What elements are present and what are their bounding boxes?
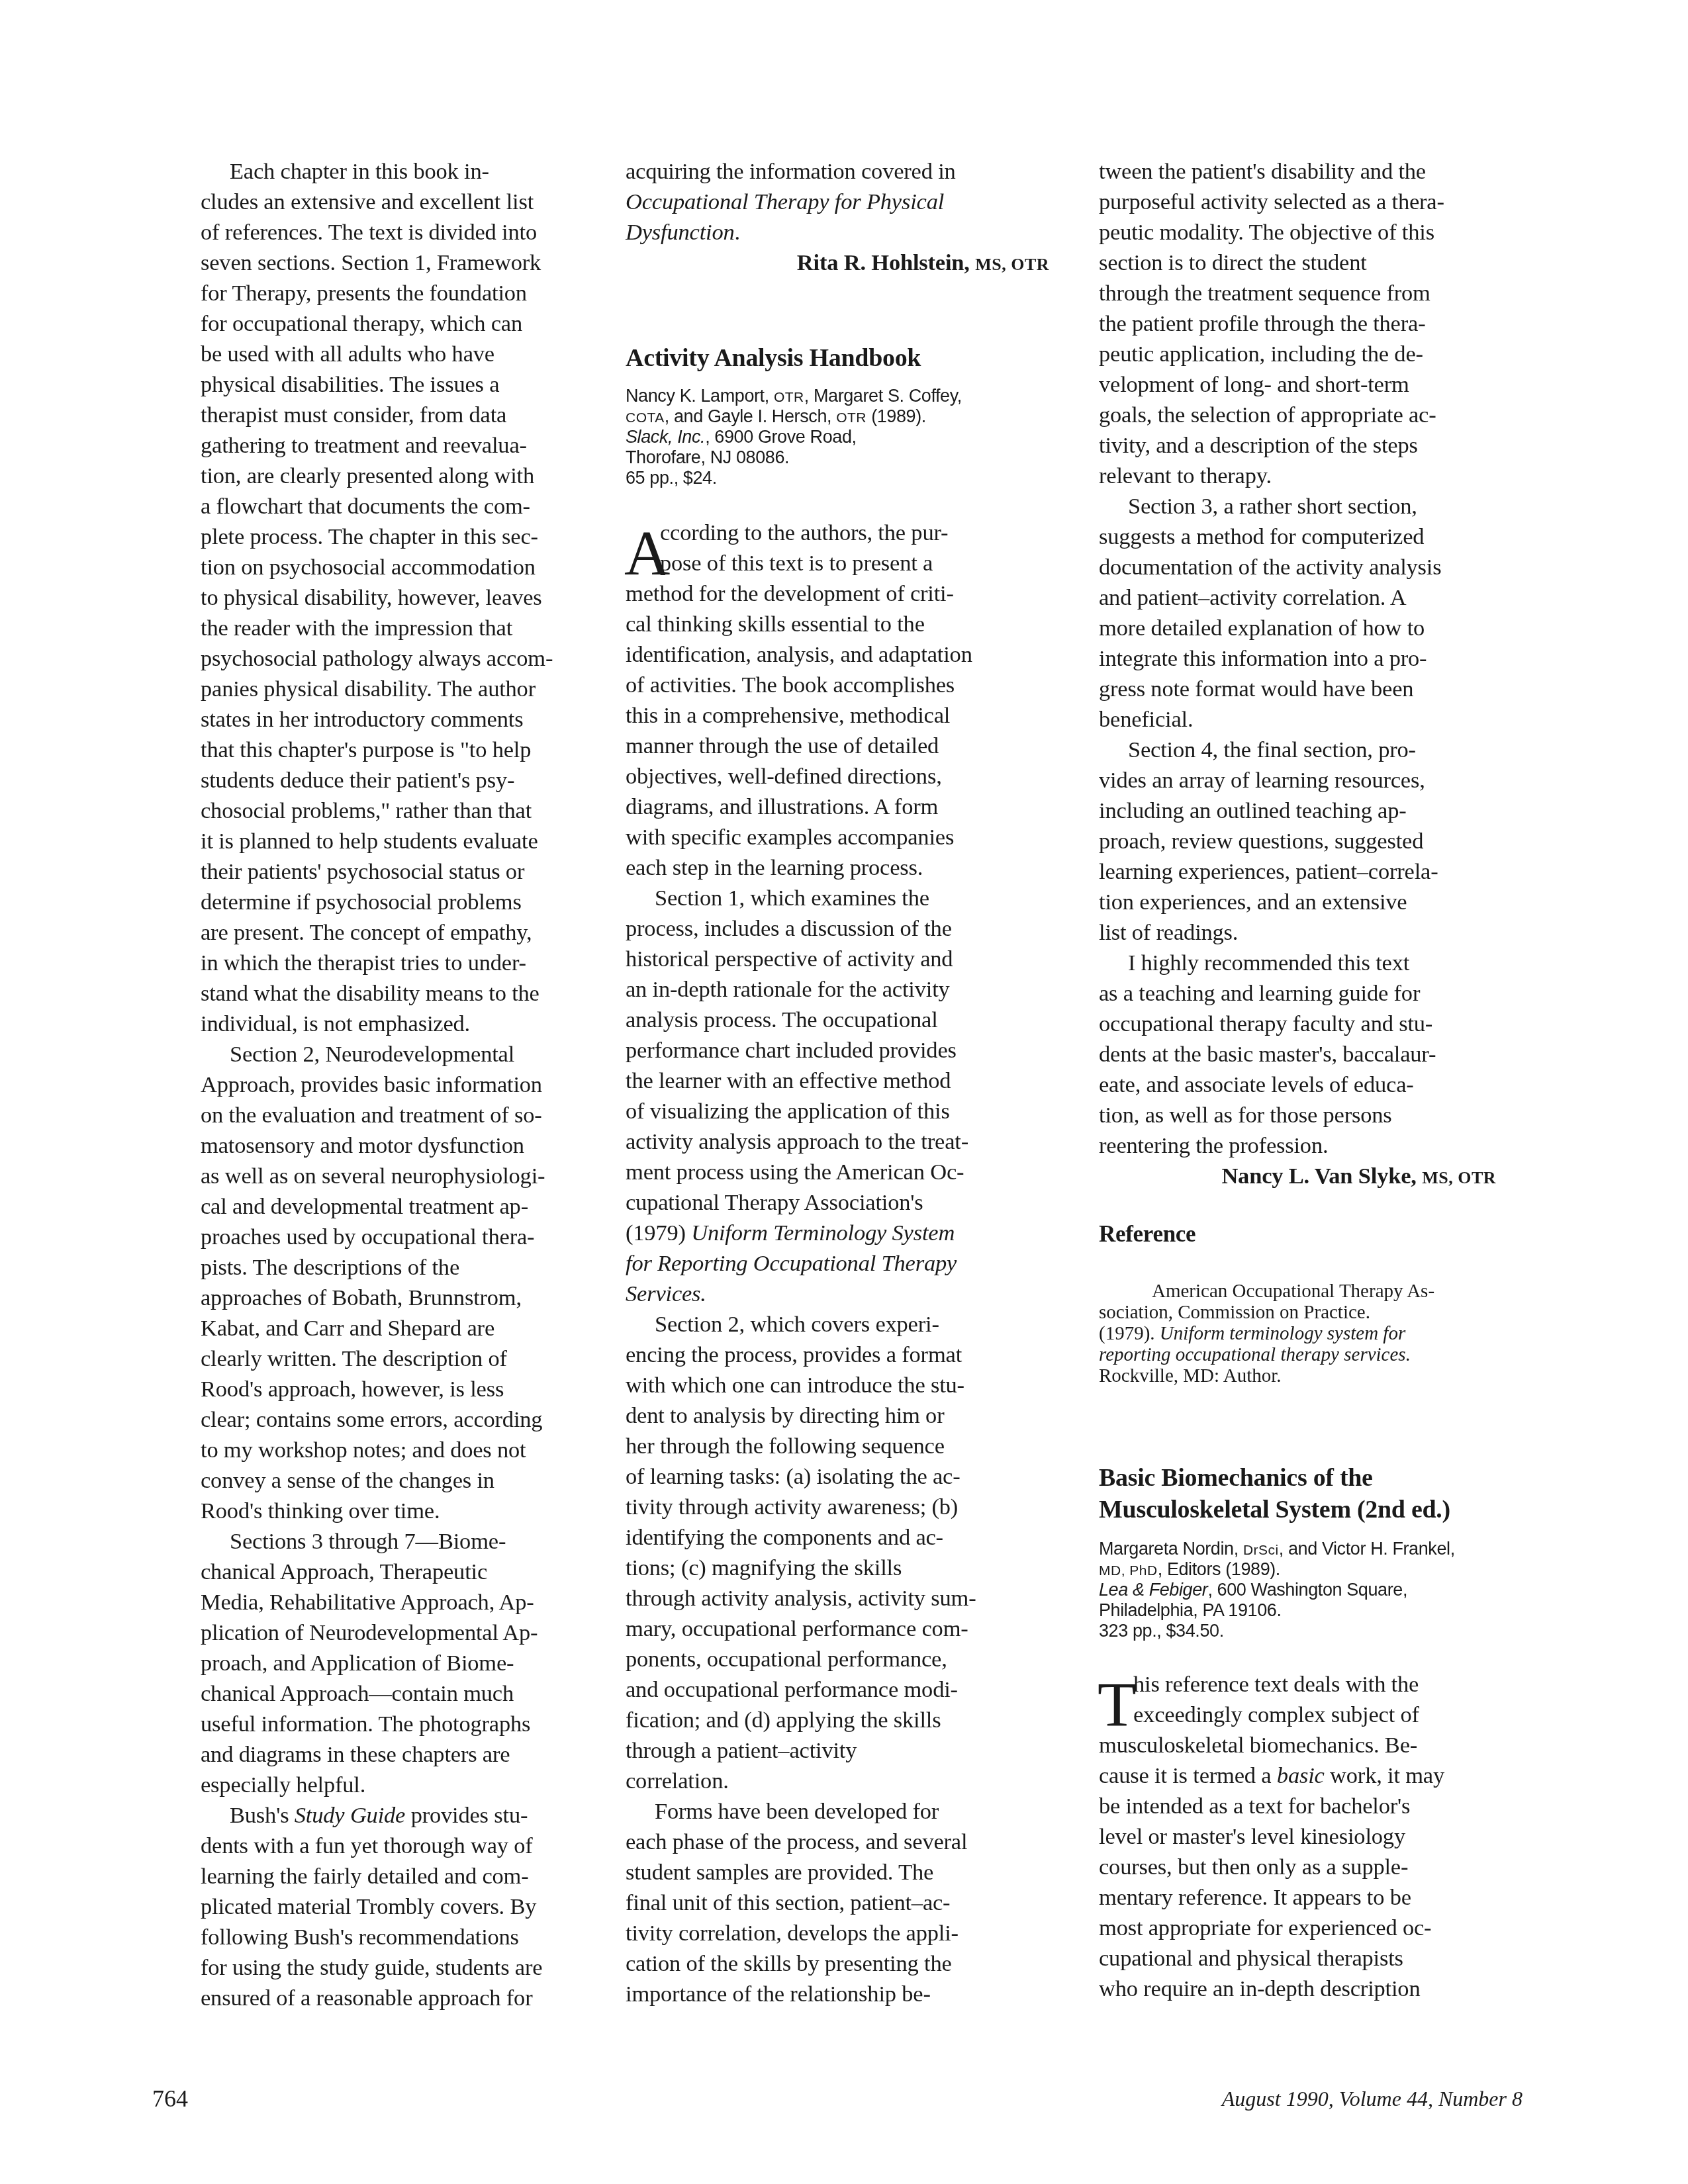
text-run: , Editors (1989).: [1158, 1559, 1280, 1579]
text-run: tween the patient's disability and the: [1099, 159, 1426, 184]
text-line: Media, Rehabilitative Approach, Ap-: [201, 1587, 534, 1617]
book-details: COTA, and Gayle I. Hersch, OTR (1989).: [626, 406, 926, 428]
text-run: , 6900 Grove Road,: [705, 427, 856, 447]
text-line: the learner with an effective method: [626, 1066, 951, 1096]
text-run: dents with a fun yet thorough way of: [201, 1833, 533, 1858]
text-line: individual, is not emphasized.: [201, 1009, 470, 1039]
text-run: (1989).: [867, 406, 926, 426]
text-run: matosensory and motor dysfunction: [201, 1133, 524, 1158]
text-run: especially helpful.: [201, 1772, 365, 1797]
reviewer-signature: Rita R. Hohlstein, MS, OTR: [797, 248, 1049, 278]
text-line: be intended as a text for bachelor's: [1099, 1791, 1410, 1821]
text-run: Media, Rehabilitative Approach, Ap-: [201, 1590, 534, 1615]
text-line: diagrams, and illustrations. A form: [626, 792, 938, 822]
text-line: Rood's thinking over time.: [201, 1496, 440, 1526]
text-line: cupational Therapy Association's: [626, 1187, 923, 1218]
text-run: list of readings.: [1099, 920, 1238, 945]
book-details: 65 pp., $24.: [626, 468, 717, 488]
text-line: velopment of long- and short-term: [1099, 369, 1409, 400]
text-run: American Occupational Therapy As-: [1152, 1281, 1434, 1302]
text-run: are present. The concept of empathy,: [201, 920, 532, 945]
text-run: Forms have been developed for: [655, 1799, 939, 1824]
text-run: cause it is termed a: [1099, 1763, 1277, 1788]
text-run: dents at the basic master's, baccalaur-: [1099, 1042, 1436, 1067]
text-run: as well as on several neurophysiologi-: [201, 1163, 545, 1189]
credential-text: COTA: [626, 410, 665, 426]
text-line: Services.: [626, 1279, 706, 1309]
text-run: following Bush's recommendations: [201, 1925, 519, 1950]
text-line: clear; contains some errors, according: [201, 1404, 542, 1435]
text-run: exceedingly complex subject of: [1133, 1702, 1419, 1727]
text-run: Sections 3 through 7—Biome-: [230, 1529, 506, 1554]
text-line: chanical Approach, Therapeutic: [201, 1557, 487, 1587]
text-run: be intended as a text for bachelor's: [1099, 1794, 1410, 1819]
text-line: cation of the skills by presenting the: [626, 1948, 952, 1979]
text-line: documentation of the activity analysis: [1099, 552, 1441, 582]
text-run: dent to analysis by directing him or: [626, 1403, 944, 1428]
text-line: ponents, occupational performance,: [626, 1644, 947, 1674]
text-line: learning experiences, patient–correla-: [1099, 856, 1438, 887]
text-line: to physical disability, however, leaves: [201, 582, 542, 613]
text-run: acquiring the information covered in: [626, 159, 956, 184]
text-line: of activities. The book accomplishes: [626, 670, 955, 700]
text-line: cupational and physical therapists: [1099, 1943, 1403, 1974]
text-run: documentation of the activity analysis: [1099, 555, 1441, 580]
credential-text: MS, OTR: [975, 255, 1049, 274]
text-run: stand what the disability means to the: [201, 981, 539, 1006]
text-run: .: [735, 220, 740, 245]
text-line: analysis process. The occupational: [626, 1005, 938, 1035]
text-line: proach, and Application of Biome-: [201, 1648, 514, 1678]
text-run: beneficial.: [1099, 707, 1193, 732]
text-line: acquiring the information covered in: [626, 156, 956, 187]
text-run: clear; contains some errors, according: [201, 1407, 542, 1432]
text-line: manner through the use of detailed: [626, 731, 939, 761]
text-run: through a patient–activity: [626, 1738, 857, 1763]
credential-text: OTR: [774, 390, 804, 405]
text-line: exceedingly complex subject of: [1099, 1700, 1419, 1730]
text-run: Nancy K. Lamport,: [626, 386, 774, 406]
text-run: each step in the learning process.: [626, 855, 923, 880]
text-run: physical disabilities. The issues a: [201, 372, 499, 397]
text-run: Section 3, a rather short section,: [1128, 494, 1417, 519]
text-line: tivity, and a description of the steps: [1099, 430, 1418, 461]
text-line: Section 2, which covers experi-: [626, 1309, 939, 1340]
text-run: clearly written. The description of: [201, 1346, 507, 1371]
reference-entry: American Occupational Therapy As-: [1099, 1281, 1434, 1302]
text-run: for using the study guide, students are: [201, 1955, 542, 1980]
reference-heading: Reference: [1099, 1219, 1196, 1250]
text-run: activity analysis approach to the treat-: [626, 1129, 968, 1154]
text-run: sociation, Commission on Practice.: [1099, 1302, 1370, 1323]
text-line: on the evaluation and treatment of so-: [201, 1100, 541, 1130]
text-line: be used with all adults who have: [201, 339, 494, 369]
text-run: peutic application, including the de-: [1099, 341, 1423, 367]
text-line: more detailed explanation of how to: [1099, 613, 1425, 643]
text-line: for Reporting Occupational Therapy: [626, 1248, 957, 1279]
text-run: method for the development of criti-: [626, 581, 954, 606]
text-line: goals, the selection of appropriate ac-: [1099, 400, 1436, 430]
text-line: occupational therapy faculty and stu-: [1099, 1009, 1432, 1039]
text-line: the reader with the impression that: [201, 613, 512, 643]
text-run: the reader with the impression that: [201, 615, 512, 641]
text-line: ensured of a reasonable approach for: [201, 1983, 532, 2013]
text-run: diagrams, and illustrations. A form: [626, 794, 938, 819]
text-line: student samples are provided. The: [626, 1857, 933, 1888]
page-number: 764: [152, 2083, 188, 2114]
text-run: process, includes a discussion of the: [626, 916, 952, 941]
text-run: velopment of long- and short-term: [1099, 372, 1409, 397]
text-run: panies physical disability. The author: [201, 676, 536, 702]
credential-text: MS, OTR: [1422, 1168, 1496, 1187]
text-line: Dysfunction.: [626, 217, 740, 248]
text-run: tions; (c) magnifying the skills: [626, 1555, 902, 1580]
text-line: final unit of this section, patient–ac-: [626, 1888, 950, 1918]
text-line: cal and developmental treatment ap-: [201, 1191, 528, 1222]
text-run: proaches used by occupational thera-: [201, 1224, 534, 1250]
text-line: historical perspective of activity and: [626, 944, 953, 974]
text-line: with specific examples accompanies: [626, 822, 954, 852]
text-line: in which the therapist tries to under-: [201, 948, 526, 978]
text-run: ment process using the American Oc-: [626, 1160, 964, 1185]
credential-text: OTR: [836, 410, 867, 426]
text-line: chosocial problems," rather than that: [201, 796, 532, 826]
book-details: Philadelphia, PA 19106.: [1099, 1600, 1282, 1620]
italic-text: Study Guide: [295, 1803, 405, 1828]
text-run: plete process. The chapter in this sec-: [201, 524, 538, 549]
text-run: ponents, occupational performance,: [626, 1647, 947, 1672]
text-line: her through the following sequence: [626, 1431, 945, 1461]
text-line: (1979) Uniform Terminology System: [626, 1218, 955, 1248]
text-line: through the treatment sequence from: [1099, 278, 1430, 308]
text-run: musculoskeletal biomechanics. Be-: [1099, 1733, 1417, 1758]
text-run: Philadelphia, PA 19106.: [1099, 1600, 1282, 1620]
text-line: mentary reference. It appears to be: [1099, 1882, 1411, 1913]
text-line: cal thinking skills essential to the: [626, 609, 925, 639]
text-line: through a patient–activity: [626, 1735, 857, 1766]
text-run: performance chart included provides: [626, 1038, 957, 1063]
text-line: stand what the disability means to the: [201, 978, 539, 1009]
text-run: their patients' psychosocial status or: [201, 859, 524, 884]
text-line: that this chapter's purpose is "to help: [201, 735, 531, 765]
text-line: as well as on several neurophysiologi-: [201, 1161, 545, 1191]
text-line: for using the study guide, students are: [201, 1952, 542, 1983]
text-line: Section 4, the final section, pro-: [1099, 735, 1416, 765]
text-run: manner through the use of detailed: [626, 733, 939, 758]
text-run: approaches of Bobath, Brunnstrom,: [201, 1285, 522, 1310]
text-run: reentering the profession.: [1099, 1133, 1328, 1158]
text-run: for occupational therapy, which can: [201, 311, 522, 336]
text-line: students deduce their patient's psy-: [201, 765, 514, 796]
text-run: , and Gayle I. Hersch,: [665, 406, 836, 426]
text-line: Each chapter in this book in-: [201, 156, 489, 187]
text-run: Nancy L. Van Slyke,: [1221, 1163, 1422, 1189]
text-line: and patient–activity correlation. A: [1099, 582, 1406, 613]
text-run: ensured of a reasonable approach for: [201, 1985, 532, 2011]
text-run: with specific examples accompanies: [626, 825, 954, 850]
text-line: section is to direct the student: [1099, 248, 1367, 278]
text-line: tion, as well as for those persons: [1099, 1100, 1392, 1130]
text-run: cal and developmental treatment ap-: [201, 1194, 528, 1219]
text-line: of visualizing the application of this: [626, 1096, 950, 1126]
text-line: pists. The descriptions of the: [201, 1252, 459, 1283]
text-line: most appropriate for experienced oc-: [1099, 1913, 1431, 1943]
text-run: pists. The descriptions of the: [201, 1255, 459, 1280]
text-line: clearly written. The description of: [201, 1343, 507, 1374]
credential-text: MD, PhD: [1099, 1563, 1158, 1578]
text-run: learning experiences, patient–correla-: [1099, 859, 1438, 884]
book-details: Margareta Nordin, DrSci, and Victor H. F…: [1099, 1539, 1455, 1561]
reference-entry: sociation, Commission on Practice.: [1099, 1302, 1370, 1323]
text-run: each phase of the process, and several: [626, 1829, 967, 1854]
italic-text: reporting occupational therapy services.: [1099, 1344, 1411, 1365]
text-line: method for the development of criti-: [626, 578, 954, 609]
text-line: dents at the basic master's, baccalaur-: [1099, 1039, 1436, 1069]
text-run: and patient–activity correlation. A: [1099, 585, 1406, 610]
text-line: it is planned to help students evaluate: [201, 826, 538, 856]
text-run: that this chapter's purpose is "to help: [201, 737, 531, 762]
text-run: vides an array of learning resources,: [1099, 768, 1425, 793]
text-line: performance chart included provides: [626, 1035, 957, 1066]
text-line: mary, occupational performance com-: [626, 1614, 968, 1644]
text-line: encing the process, provides a format: [626, 1340, 962, 1370]
text-line: cause it is termed a basic work, it may: [1099, 1760, 1444, 1791]
text-run: it is planned to help students evaluate: [201, 829, 538, 854]
text-line: chanical Approach—contain much: [201, 1678, 514, 1709]
text-line: for occupational therapy, which can: [201, 308, 522, 339]
text-line: are present. The concept of empathy,: [201, 917, 532, 948]
book-details: MD, PhD, Editors (1989).: [1099, 1559, 1280, 1581]
text-line: activity analysis approach to the treat-: [626, 1126, 968, 1157]
text-line: tion on psychosocial accommodation: [201, 552, 536, 582]
text-run: Thorofare, NJ 08086.: [626, 447, 789, 467]
text-run: (1979): [626, 1220, 691, 1246]
text-run: including an outlined teaching ap-: [1099, 798, 1407, 823]
text-line: convey a sense of the changes in: [201, 1465, 494, 1496]
text-run: courses, but then only as a supple-: [1099, 1854, 1408, 1880]
text-run: Bush's: [230, 1803, 295, 1828]
text-run: useful information. The photographs: [201, 1711, 530, 1737]
text-line: beneficial.: [1099, 704, 1193, 735]
text-run: final unit of this section, patient–ac-: [626, 1890, 950, 1915]
reviewer-signature: Nancy L. Van Slyke, MS, OTR: [1221, 1161, 1496, 1191]
text-line: determine if psychosocial problems: [201, 887, 522, 917]
text-run: Rockville, MD: Author.: [1099, 1365, 1282, 1387]
text-line: matosensory and motor dysfunction: [201, 1130, 524, 1161]
text-line: Bush's Study Guide provides stu-: [201, 1800, 528, 1831]
text-line: as a teaching and learning guide for: [1099, 978, 1420, 1009]
text-run: with which one can introduce the stu-: [626, 1373, 964, 1398]
text-run: on the evaluation and treatment of so-: [201, 1103, 541, 1128]
text-run: of visualizing the application of this: [626, 1099, 950, 1124]
text-line: his reference text deals with the: [1099, 1669, 1419, 1700]
text-run: , 600 Washington Square,: [1207, 1580, 1407, 1600]
italic-text: Slack, Inc.: [626, 427, 705, 447]
text-run: Rood's approach, however, is less: [201, 1377, 504, 1402]
text-line: of learning tasks: (a) isolating the ac-: [626, 1461, 961, 1492]
text-run: tivity correlation, develops the appli-: [626, 1921, 959, 1946]
text-line: suggests a method for computerized: [1099, 522, 1424, 552]
text-run: psychosocial pathology always accom-: [201, 646, 553, 671]
text-line: process, includes a discussion of the: [626, 913, 952, 944]
text-line: dents with a fun yet thorough way of: [201, 1831, 533, 1861]
italic-text: Uniform terminology system for: [1160, 1323, 1405, 1344]
text-run: plication of Neurodevelopmental Ap-: [201, 1620, 538, 1645]
text-run: plicated material Trombly covers. By: [201, 1894, 536, 1919]
book-details: Thorofare, NJ 08086.: [626, 447, 789, 467]
text-run: to physical disability, however, leaves: [201, 585, 542, 610]
reference-entry: Rockville, MD: Author.: [1099, 1365, 1282, 1387]
text-run: tivity, and a description of the steps: [1099, 433, 1418, 458]
text-line: seven sections. Section 1, Framework: [201, 248, 541, 278]
text-line: plete process. The chapter in this sec-: [201, 522, 538, 552]
italic-text: Services.: [626, 1281, 706, 1306]
text-run: and occupational performance modi-: [626, 1677, 958, 1702]
text-run: suggests a method for computerized: [1099, 524, 1424, 549]
text-run: Section 4, the final section, pro-: [1128, 737, 1416, 762]
book-details: Nancy K. Lamport, OTR, Margaret S. Coffe…: [626, 386, 962, 408]
review-title: Activity Analysis Handbook: [626, 343, 921, 373]
text-line: importance of the relationship be-: [626, 1979, 931, 2009]
text-line: of references. The text is divided into: [201, 217, 537, 248]
text-line: each phase of the process, and several: [626, 1827, 967, 1857]
text-run: to my workshop notes; and does not: [201, 1437, 526, 1463]
text-run: and diagrams in these chapters are: [201, 1742, 510, 1767]
text-run: cupational and physical therapists: [1099, 1946, 1403, 1971]
text-line: Approach, provides basic information: [201, 1069, 542, 1100]
text-run: level or master's level kinesiology: [1099, 1824, 1405, 1849]
text-run: states in her introductory comments: [201, 707, 523, 732]
text-line: Kabat, and Carr and Shepard are: [201, 1313, 494, 1343]
reference-entry: reporting occupational therapy services.: [1099, 1344, 1411, 1365]
text-run: seven sections. Section 1, Framework: [201, 250, 541, 275]
text-run: gress note format would have been: [1099, 676, 1413, 702]
text-run: cupational Therapy Association's: [626, 1190, 923, 1215]
text-run: be used with all adults who have: [201, 341, 494, 367]
text-run: Section 1, which examines the: [655, 886, 929, 911]
text-run: tivity through activity awareness; (b): [626, 1494, 958, 1520]
text-run: fication; and (d) applying the skills: [626, 1707, 941, 1733]
text-run: objectives, well-defined directions,: [626, 764, 942, 789]
text-line: tivity correlation, develops the appli-: [626, 1918, 959, 1948]
book-details: Lea & Febiger, 600 Washington Square,: [1099, 1580, 1407, 1600]
italic-text: Uniform Terminology System: [691, 1220, 955, 1246]
text-run: through activity analysis, activity sum-: [626, 1586, 976, 1611]
text-run: individual, is not emphasized.: [201, 1011, 470, 1036]
text-line: pose of this text is to present a: [626, 548, 933, 578]
review-title: Musculoskeletal System (2nd ed.): [1099, 1494, 1450, 1525]
text-line: relevant to therapy.: [1099, 461, 1272, 491]
text-run: tion experiences, and an extensive: [1099, 889, 1407, 915]
text-run: peutic modality. The objective of this: [1099, 220, 1434, 245]
text-run: ccording to the authors, the pur-: [660, 520, 948, 545]
text-line: psychosocial pathology always accom-: [201, 643, 553, 674]
text-run: cation of the skills by presenting the: [626, 1951, 952, 1976]
text-line: tion, are clearly presented along with: [201, 461, 534, 491]
text-run: learning the fairly detailed and com-: [201, 1864, 529, 1889]
text-line: to my workshop notes; and does not: [201, 1435, 526, 1465]
text-line: eate, and associate levels of educa-: [1099, 1069, 1414, 1100]
text-run: more detailed explanation of how to: [1099, 615, 1425, 641]
text-line: Rood's approach, however, is less: [201, 1374, 504, 1404]
text-run: convey a sense of the changes in: [201, 1468, 494, 1493]
text-run: integrate this information into a pro-: [1099, 646, 1427, 671]
text-run: Section 2, which covers experi-: [655, 1312, 939, 1337]
text-line: for Therapy, presents the foundation: [201, 278, 527, 308]
text-line: useful information. The photographs: [201, 1709, 530, 1739]
text-run: tion, as well as for those persons: [1099, 1103, 1392, 1128]
text-run: 323 pp., $34.50.: [1099, 1621, 1224, 1641]
text-run: purposeful activity selected as a thera-: [1099, 189, 1444, 214]
text-run: Approach, provides basic information: [201, 1072, 542, 1097]
text-run: tion, are clearly presented along with: [201, 463, 534, 488]
text-run: (1979).: [1099, 1323, 1160, 1344]
text-run: Each chapter in this book in-: [230, 159, 489, 184]
text-run: relevant to therapy.: [1099, 463, 1272, 488]
text-line: ccording to the authors, the pur-: [626, 518, 948, 548]
text-line: through activity analysis, activity sum-: [626, 1583, 976, 1614]
text-line: especially helpful.: [201, 1770, 365, 1800]
text-run: chanical Approach—contain much: [201, 1681, 514, 1706]
review-title: Basic Biomechanics of the: [1099, 1463, 1373, 1493]
text-line: plication of Neurodevelopmental Ap-: [201, 1617, 538, 1648]
text-run: a flowchart that documents the com-: [201, 494, 530, 519]
text-line: dent to analysis by directing him or: [626, 1400, 944, 1431]
text-run: cal thinking skills essential to the: [626, 612, 925, 637]
text-run: the learner with an effective method: [626, 1068, 951, 1093]
text-line: plicated material Trombly covers. By: [201, 1891, 536, 1922]
text-run: analysis process. The occupational: [626, 1007, 938, 1032]
text-line: level or master's level kinesiology: [1099, 1821, 1405, 1852]
text-line: with which one can introduce the stu-: [626, 1370, 964, 1400]
text-line: peutic modality. The objective of this: [1099, 217, 1434, 248]
text-line: cludes an extensive and excellent list: [201, 187, 534, 217]
text-run: Section 2, Neurodevelopmental: [230, 1042, 514, 1067]
text-run: her through the following sequence: [626, 1433, 945, 1459]
text-run: goals, the selection of appropriate ac-: [1099, 402, 1436, 428]
text-line: tion experiences, and an extensive: [1099, 887, 1407, 917]
text-line: physical disabilities. The issues a: [201, 369, 499, 400]
text-run: through the treatment sequence from: [1099, 281, 1430, 306]
text-run: correlation.: [626, 1768, 729, 1794]
text-run: provides stu-: [405, 1803, 528, 1828]
text-line: therapist must consider, from data: [201, 400, 506, 430]
text-line: fication; and (d) applying the skills: [626, 1705, 941, 1735]
text-line: reentering the profession.: [1099, 1130, 1328, 1161]
text-line: identifying the components and ac-: [626, 1522, 943, 1553]
text-line: and diagrams in these chapters are: [201, 1739, 510, 1770]
text-run: gathering to treatment and reevalua-: [201, 433, 527, 458]
text-line: correlation.: [626, 1766, 729, 1796]
text-run: his reference text deals with the: [1133, 1672, 1419, 1697]
text-line: musculoskeletal biomechanics. Be-: [1099, 1730, 1417, 1760]
text-run: this in a comprehensive, methodical: [626, 703, 950, 728]
text-run: , Margaret S. Coffey,: [804, 386, 962, 406]
text-run: occupational therapy faculty and stu-: [1099, 1011, 1432, 1036]
text-run: , and Victor H. Frankel,: [1279, 1539, 1455, 1559]
text-run: work, it may: [1325, 1763, 1444, 1788]
text-line: Section 3, a rather short section,: [1099, 491, 1417, 522]
text-run: 65 pp., $24.: [626, 468, 717, 488]
text-run: mary, occupational performance com-: [626, 1616, 968, 1641]
text-run: an in-depth rationale for the activity: [626, 977, 950, 1002]
text-run: identification, analysis, and adaptation: [626, 642, 972, 667]
text-run: identifying the components and ac-: [626, 1525, 943, 1550]
text-line: tions; (c) magnifying the skills: [626, 1553, 902, 1583]
text-line: I highly recommended this text: [1099, 948, 1409, 978]
italic-text: basic: [1277, 1763, 1325, 1788]
text-run: importance of the relationship be-: [626, 1981, 931, 2007]
